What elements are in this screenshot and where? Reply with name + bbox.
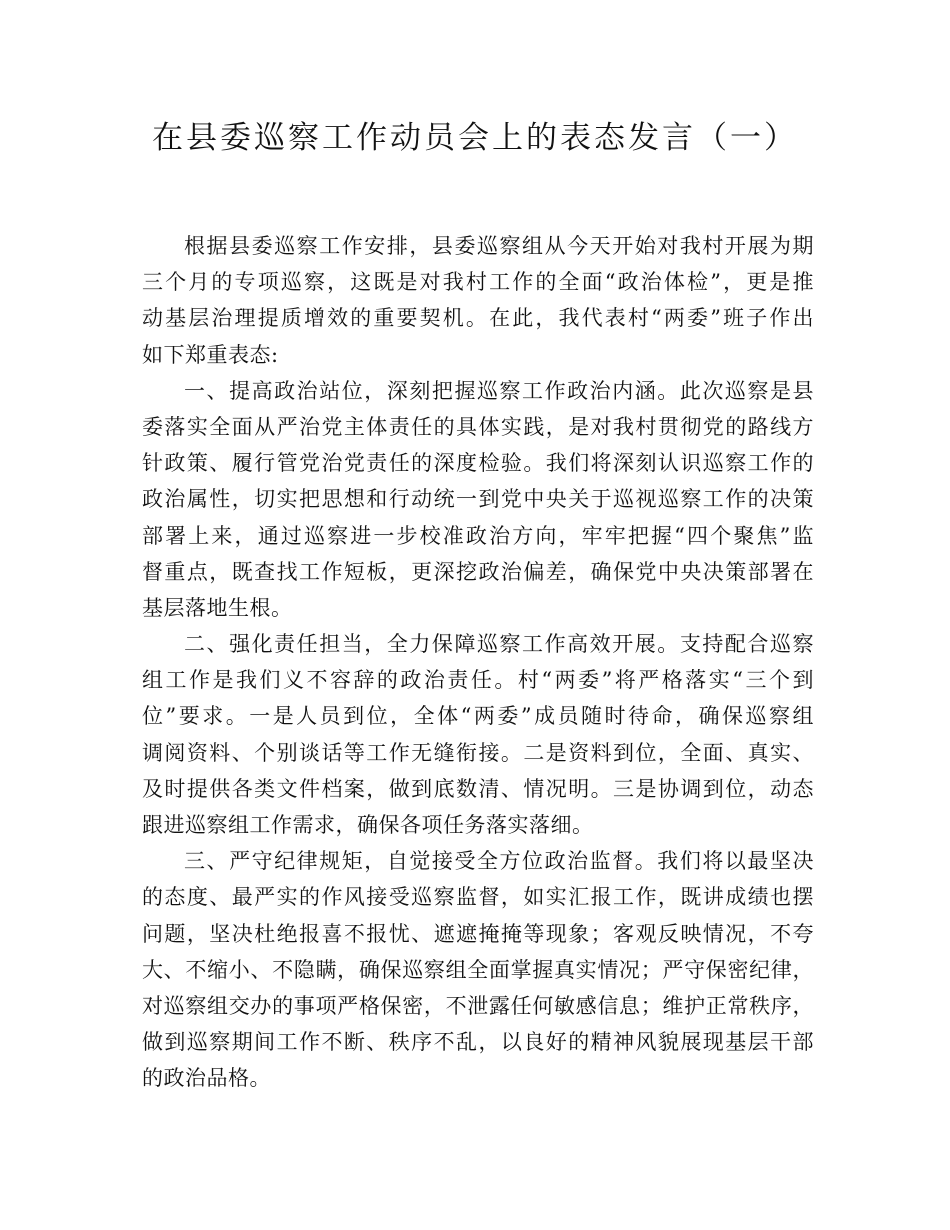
text-line: 基层落地生根。: [142, 590, 814, 626]
text-line: 督重点，既查找工作短板，更深挖政治偏差，确保党中央决策部署在: [142, 554, 814, 590]
text-line: 针政策、履行管党治党责任的深度检验。我们将深刻认识巡察工作的: [142, 445, 814, 481]
text-line: 做到巡察期间工作不断、秩序不乱，以良好的精神风貌展现基层干部: [142, 1024, 814, 1060]
text-line: 三、严守纪律规矩，自觉接受全方位政治监督。我们将以最坚决: [142, 843, 814, 879]
text-line: 动基层治理提质增效的重要契机。在此，我代表村“两委”班子作出: [142, 300, 814, 336]
text-line: 及时提供各类文件档案，做到底数清、情况明。三是协调到位，动态: [142, 771, 814, 807]
text-line: 如下郑重表态:: [142, 337, 814, 373]
paragraph-point-2: 二、强化责任担当，全力保障巡察工作高效开展。支持配合巡察 组工作是我们义不容辞的…: [142, 626, 814, 843]
text-line: 根据县委巡察工作安排，县委巡察组从今天开始对我村开展为期: [142, 228, 814, 264]
document-title: 在县委巡察工作动员会上的表态发言（一）: [0, 112, 950, 157]
document-body: 根据县委巡察工作安排，县委巡察组从今天开始对我村开展为期 三个月的专项巡察，这既…: [142, 228, 814, 1097]
text-line: 调阅资料、个别谈话等工作无缝衔接。二是资料到位，全面、真实、: [142, 735, 814, 771]
text-line: 三个月的专项巡察，这既是对我村工作的全面“政治体检”，更是推: [142, 264, 814, 300]
text-line: 二、强化责任担当，全力保障巡察工作高效开展。支持配合巡察: [142, 626, 814, 662]
text-line: 位”要求。一是人员到位，全体“两委”成员随时待命，确保巡察组: [142, 698, 814, 734]
text-line: 部署上来，通过巡察进一步校准政治方向，牢牢把握“四个聚焦”监: [142, 518, 814, 554]
text-line: 跟进巡察组工作需求，确保各项任务落实落细。: [142, 807, 814, 843]
paragraph-intro: 根据县委巡察工作安排，县委巡察组从今天开始对我村开展为期 三个月的专项巡察，这既…: [142, 228, 814, 373]
text-line: 的态度、最严实的作风接受巡察监督，如实汇报工作，既讲成绩也摆: [142, 879, 814, 915]
text-line: 的政治品格。: [142, 1060, 814, 1096]
text-line: 一、提高政治站位，深刻把握巡察工作政治内涵。此次巡察是县: [142, 373, 814, 409]
text-line: 政治属性，切实把思想和行动统一到党中央关于巡视巡察工作的决策: [142, 481, 814, 517]
text-line: 组工作是我们义不容辞的政治责任。村“两委”将严格落实“三个到: [142, 662, 814, 698]
paragraph-point-1: 一、提高政治站位，深刻把握巡察工作政治内涵。此次巡察是县 委落实全面从严治党主体…: [142, 373, 814, 626]
paragraph-point-3: 三、严守纪律规矩，自觉接受全方位政治监督。我们将以最坚决 的态度、最严实的作风接…: [142, 843, 814, 1096]
text-line: 大、不缩小、不隐瞒，确保巡察组全面掌握真实情况；严守保密纪律，: [142, 952, 814, 988]
text-line: 对巡察组交办的事项严格保密，不泄露任何敏感信息；维护正常秩序，: [142, 988, 814, 1024]
text-line: 委落实全面从严治党主体责任的具体实践，是对我村贯彻党的路线方: [142, 409, 814, 445]
text-line: 问题，坚决杜绝报喜不报忧、遮遮掩掩等现象；客观反映情况，不夸: [142, 916, 814, 952]
